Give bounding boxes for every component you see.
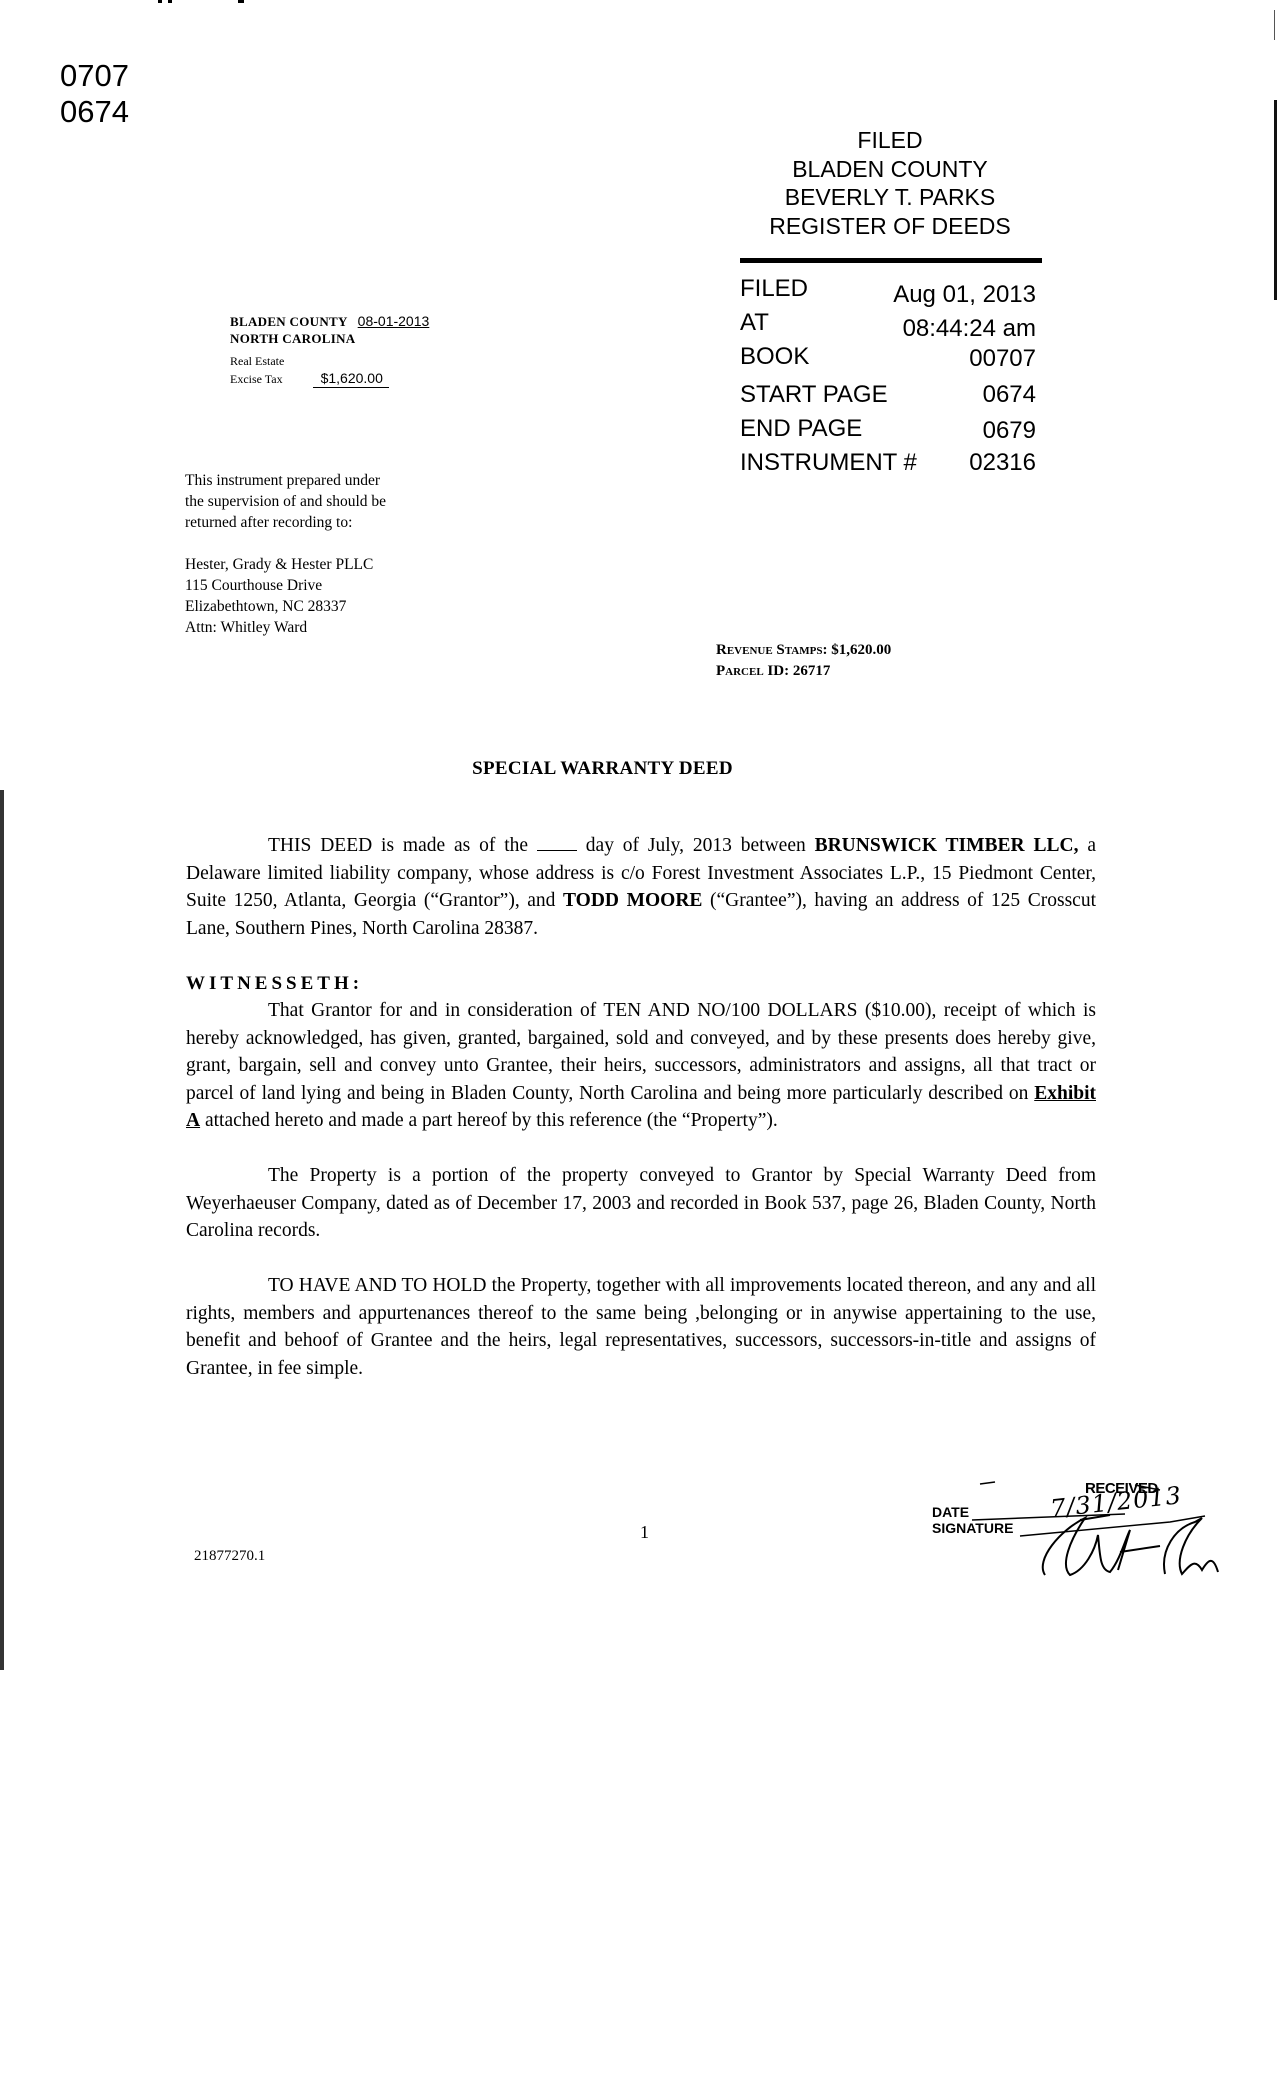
- return-address-line: 115 Courthouse Drive: [185, 575, 386, 596]
- register-row-at: AT 08:44:24 am: [740, 306, 1036, 340]
- excise-county: BLADEN COUNTY: [230, 314, 348, 329]
- parcel-id: Parcel ID: 26717: [716, 661, 891, 682]
- register-line: BEVERLY T. PARKS: [740, 183, 1040, 212]
- register-value: 02316: [969, 446, 1036, 480]
- page-number: 1: [640, 1522, 649, 1543]
- excise-amount: $1,620.00: [313, 370, 389, 388]
- received-stamp: RECEIVED 7/31/2013 DATE SIGNATURE: [920, 1480, 1240, 1590]
- register-label: INSTRUMENT #: [740, 446, 917, 480]
- register-divider: [740, 258, 1042, 263]
- scan-edge-left: [0, 790, 4, 1670]
- scan-mark: [168, 0, 172, 3]
- document-title-wrap: SPECIAL WARRANTY DEED: [0, 758, 1280, 780]
- revenue-stamps-label: Revenue Stamps:: [716, 642, 827, 658]
- excise-label-line2: Excise Tax: [230, 372, 283, 386]
- prepared-by-block: This instrument prepared under the super…: [185, 470, 386, 638]
- deed-paragraph-parties: THIS DEED is made as of the day of July,…: [186, 832, 1096, 942]
- scan-mark: [238, 0, 244, 3]
- register-label: AT: [740, 306, 769, 340]
- register-line: FILED: [740, 126, 1040, 155]
- witnesseth-heading: WITNESSETH:: [186, 970, 1096, 998]
- register-value: Aug 01, 2013: [893, 278, 1036, 306]
- register-value: 0679: [983, 414, 1036, 446]
- register-row-filed: FILED Aug 01, 2013: [740, 272, 1036, 306]
- revenue-info: Revenue Stamps: $1,620.00 Parcel ID: 267…: [716, 640, 891, 682]
- register-line: BLADEN COUNTY: [740, 155, 1040, 184]
- revenue-stamps-value: $1,620.00: [831, 642, 891, 658]
- prepared-line: returned after recording to:: [185, 512, 386, 533]
- deed-paragraph-conveyance: That Grantor for and in consideration of…: [186, 997, 1096, 1135]
- day-blank: [537, 832, 577, 851]
- register-value: 0674: [983, 378, 1036, 412]
- document-title: SPECIAL WARRANTY DEED: [472, 758, 733, 779]
- recording-stamp: 0707 0674: [60, 58, 129, 130]
- register-value: 08:44:24 am: [903, 312, 1036, 340]
- deed-paragraph-source: The Property is a portion of the propert…: [186, 1162, 1096, 1245]
- deed-body: THIS DEED is made as of the day of July,…: [186, 832, 1096, 1382]
- register-row-end-page: END PAGE 0679: [740, 412, 1036, 446]
- book-number: 0707: [60, 58, 129, 94]
- excise-label-line1: Real Estate: [230, 353, 429, 370]
- text-run: attached hereto and made a part hereof b…: [200, 1110, 778, 1131]
- excise-tax-stamp: BLADEN COUNTY08-01-2013 NORTH CAROLINA R…: [230, 313, 429, 388]
- register-row-instrument: INSTRUMENT # 02316: [740, 446, 1036, 480]
- grantor-name: BRUNSWICK TIMBER LLC,: [815, 835, 1079, 856]
- prepared-line: This instrument prepared under: [185, 470, 386, 491]
- text-run: That Grantor for and in consideration of…: [186, 1000, 1096, 1104]
- handwritten-signature-icon: [920, 1480, 1240, 1590]
- grantee-name: TODD MOORE: [563, 890, 702, 911]
- register-header: FILED BLADEN COUNTY BEVERLY T. PARKS REG…: [740, 126, 1040, 240]
- scan-edge-right-dash: [1274, 10, 1275, 40]
- deed-paragraph-habendum: TO HAVE AND TO HOLD the Property, togeth…: [186, 1272, 1096, 1382]
- scan-mark: [158, 0, 162, 3]
- document-id: 21877270.1: [194, 1548, 265, 1565]
- prepared-line: the supervision of and should be: [185, 491, 386, 512]
- return-address-line: Attn: Whitley Ward: [185, 617, 386, 638]
- return-address-line: Elizabethtown, NC 28337: [185, 596, 386, 617]
- register-label: START PAGE: [740, 378, 888, 412]
- page-number-stamp: 0674: [60, 94, 129, 130]
- parcel-id-value: 26717: [793, 663, 831, 679]
- excise-state: NORTH CAROLINA: [230, 330, 429, 347]
- register-label: FILED: [740, 272, 808, 306]
- excise-date: 08-01-2013: [358, 313, 430, 329]
- register-label: END PAGE: [740, 412, 862, 446]
- register-row-start-page: START PAGE 0674: [740, 378, 1036, 412]
- register-label: BOOK: [740, 340, 809, 374]
- return-address-line: Hester, Grady & Hester PLLC: [185, 554, 386, 575]
- register-line: REGISTER OF DEEDS: [740, 212, 1040, 241]
- text-run: day of July, 2013 between: [577, 835, 815, 856]
- register-value: 00707: [969, 342, 1036, 374]
- revenue-stamps: Revenue Stamps: $1,620.00: [716, 640, 891, 661]
- register-info-table: FILED Aug 01, 2013 AT 08:44:24 am BOOK 0…: [740, 272, 1036, 480]
- parcel-id-label: Parcel ID:: [716, 663, 789, 679]
- scan-edge-right: [1274, 100, 1277, 300]
- text-run: THIS DEED is made as of the: [268, 835, 537, 856]
- register-row-book: BOOK 00707: [740, 340, 1036, 374]
